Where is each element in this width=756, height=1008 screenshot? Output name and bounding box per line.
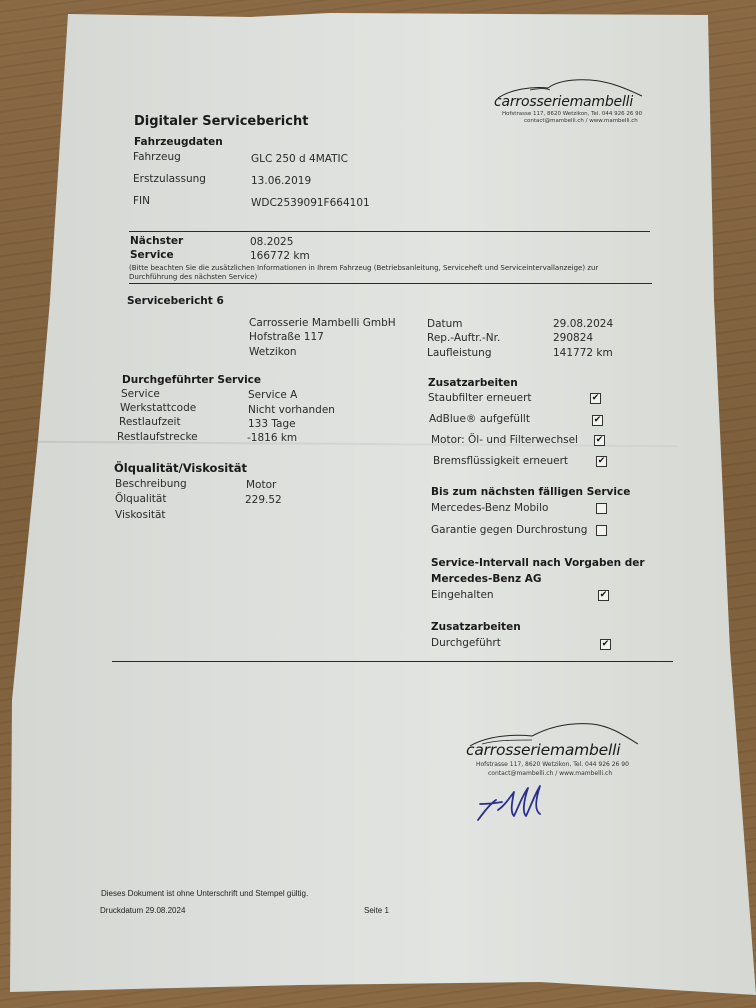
divider-middle [129,283,652,284]
logo-address: Hofstrasse 117, 8620 Wetzikon, Tel. 044 … [502,111,642,117]
page-title: Digitaler Servicebericht [134,114,308,129]
mobilo-checkbox[interactable] [596,503,607,514]
vin-value: WDC2539091F664101 [251,197,370,209]
oil-description-label: Beschreibung [115,478,187,490]
logo-contact: contact@mambelli.ch / www.mambelli.ch [524,118,638,124]
until-next-heading: Bis zum nächsten fälligen Service [431,486,630,498]
interval-checkbox[interactable]: ✔ [598,590,609,601]
extra-work-checkbox[interactable]: ✔ [596,456,607,467]
oil-quality-label: Ölqualität [115,493,166,505]
stamp-wordmark: carrosseriemambelli [466,741,620,759]
remaining-distance-label: Restlaufstrecke [117,431,198,443]
rust-warranty-checkbox[interactable] [596,525,607,536]
stamp-address: Hofstrasse 117, 8620 Wetzikon, Tel. 044 … [476,761,629,768]
oil-quality-value: 229.52 [245,494,282,506]
extra-work-item-label: AdBlue® aufgefüllt [429,413,530,425]
performed-service-heading: Durchgeführter Service [122,374,261,386]
remaining-time-label: Restlaufzeit [119,416,181,428]
divider-top [129,231,650,232]
until-next-item-label: Garantie gegen Durchrostung [431,524,587,536]
vin-label: FIN [133,195,150,207]
service-value: Service A [248,389,297,401]
company-logo-header: carrosseriemambelli Hofstrasse 117, 8620… [490,76,650,126]
service-label: Service [121,388,160,400]
mileage-value: 141772 km [553,347,613,359]
workshop-street: Hofstraße 117 [249,331,324,343]
next-service-note-2: Durchführung des nächsten Service) [129,273,257,282]
next-service-note-1: (Bitte beachten Sie die zusätzlichen Inf… [129,264,598,273]
order-number-value: 290824 [553,332,593,344]
report-heading: Servicebericht 6 [127,295,224,307]
extra-work-heading: Zusatzarbeiten [428,377,518,389]
workshop-city: Wetzikon [249,346,297,358]
interval-heading-1: Service-Intervall nach Vorgaben der [431,557,645,569]
footer-page-number: Seite 1 [364,906,389,915]
extra-work-checkbox[interactable]: ✔ [594,435,605,446]
mileage-label: Laufleistung [427,347,492,359]
remaining-distance-value: -1816 km [247,432,297,444]
next-service-date: 08.2025 [250,236,293,248]
logo-wordmark: carrosseriemambelli [494,94,633,110]
extra-work-checkbox[interactable]: ✔ [590,393,601,404]
interval-item-label: Eingehalten [431,589,494,601]
extra-work-item-label: Staubfilter erneuert [428,392,532,404]
until-next-item-label: Mercedes-Benz Mobilo [431,502,548,514]
date-value: 29.08.2024 [553,318,613,330]
oil-heading: Ölqualität/Viskosität [114,461,247,475]
service-report-paper [0,0,756,1008]
vehicle-heading: Fahrzeugdaten [134,136,223,148]
extra-work-2-checkbox[interactable]: ✔ [600,639,611,650]
extra-work-checkbox[interactable]: ✔ [592,415,603,426]
extra-work-item-label: Bremsflüssigkeit erneuert [433,455,568,467]
extra-work-2-item-label: Durchgeführt [431,637,501,649]
vehicle-label: Fahrzeug [133,151,181,163]
workshop-code-label: Werkstattcode [120,402,196,414]
order-number-label: Rep.-Auftr.-Nr. [427,332,500,344]
oil-description-value: Motor [246,479,276,491]
footer-validity-note: Dieses Dokument ist ohne Unterschrift un… [101,889,308,898]
workshop-name: Carrosserie Mambelli GmbH [249,317,396,329]
signature [474,782,554,827]
first-registration-value: 13.06.2019 [251,175,311,187]
first-registration-label: Erstzulassung [133,173,206,185]
extra-work-2-heading: Zusatzarbeiten [431,621,521,633]
next-service-label-2: Service [130,249,174,261]
next-service-label-1: Nächster [130,235,183,247]
stamp-contact: contact@mambelli.ch / www.mambelli.ch [488,770,612,777]
company-stamp: carrosseriemambelli Hofstrasse 117, 8620… [462,718,652,788]
remaining-time-value: 133 Tage [248,418,296,430]
date-label: Datum [427,318,463,330]
interval-heading-2: Mercedes-Benz AG [431,573,541,585]
viscosity-label: Viskosität [115,509,166,521]
next-service-km: 166772 km [250,250,310,262]
divider-bottom [112,661,673,662]
footer-print-date: Druckdatum 29.08.2024 [100,906,185,915]
vehicle-value: GLC 250 d 4MATIC [251,153,348,165]
extra-work-item-label: Motor: Öl- und Filterwechsel [431,434,578,446]
workshop-code-value: Nicht vorhanden [248,404,335,416]
